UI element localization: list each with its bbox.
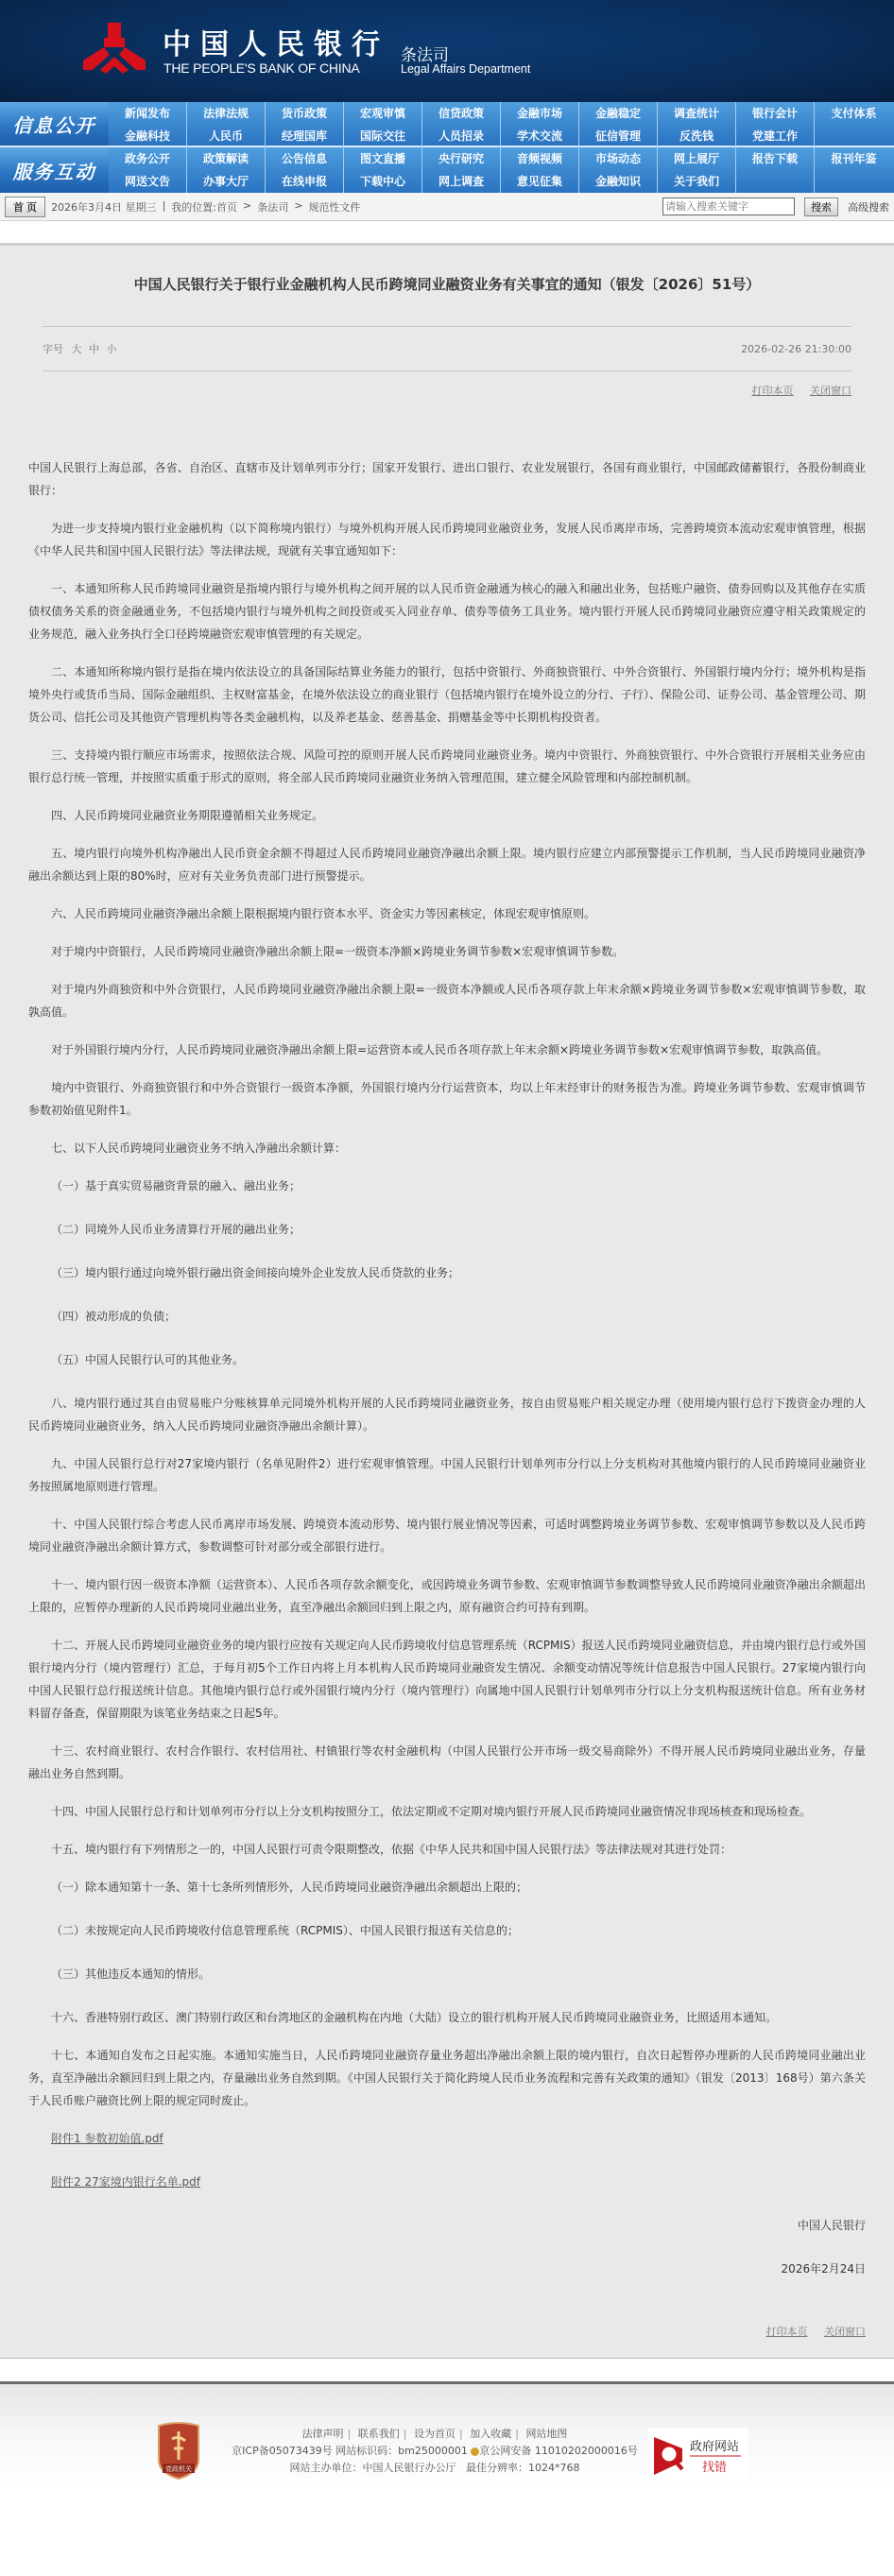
exclusion-item: （五）中国人民银行认可的其他业务。 [28, 1348, 866, 1371]
nav-item[interactable]: 银行会计 [736, 102, 815, 125]
paragraph: 十一、境内银行因一级资本净额（运营资本）、人民币各项存款余额变化，或因跨境业务调… [28, 1573, 866, 1619]
nav-item[interactable]: 国际交往 [344, 125, 422, 147]
icp-number[interactable]: 京ICP备05073439号 [232, 2445, 333, 2457]
exclusion-item: （二）同境外人民币业务清算行开展的融出业务； [28, 1218, 866, 1241]
page-title: 中国人民银行关于银行业金融机构人民币跨境同业融资业务有关事宜的通知（银发〔202… [28, 246, 866, 326]
close-window-link[interactable]: 关闭窗口 [824, 2326, 866, 2338]
site-footer: 党政机关 法律声明| 联系我们| 设为首页| 加入收藏| 网站地图 京ICP备0… [0, 2384, 894, 2488]
paragraph: 七、以下人民币跨境同业融资业务不纳入净融出余额计算： [28, 1137, 866, 1159]
resolution: 最佳分辨率：1024*768 [466, 2462, 580, 2474]
nav-item[interactable]: 央行研究 [422, 147, 501, 170]
paragraph: 十六、香港特别行政区、澳门特别行政区和台湾地区的金融机构在内地（大陆）设立的银行… [28, 2006, 866, 2029]
nav-item[interactable]: 政务公开 [109, 147, 187, 170]
paragraph: 五、境内银行向境外机构净融出人民币资金余额不得超过人民币跨境同业融资净融出余额上… [28, 842, 866, 887]
nav-item[interactable]: 人民币 [187, 125, 266, 147]
nav-group-label: 服务互动 [0, 147, 109, 193]
breadcrumb-sep: > [243, 199, 251, 215]
article-container: 中国人民银行关于银行业金融机构人民币跨境同业融资业务有关事宜的通知（银发〔202… [0, 246, 894, 2358]
print-page-link[interactable]: 打印本页 [766, 2326, 808, 2338]
close-window-link[interactable]: 关闭窗口 [810, 385, 851, 397]
nav-item[interactable]: 网上调查 [422, 170, 501, 193]
paragraph: 四、人民币跨境同业融资业务期限遵循相关业务规定。 [28, 804, 866, 827]
current-date: 2026年3月4日 星期三 [51, 199, 157, 215]
nav-item[interactable]: 办事大厅 [187, 170, 266, 193]
nav-item[interactable]: 报告下载 [736, 147, 815, 170]
font-size-large[interactable]: 大 [72, 343, 82, 355]
footer-links: 法律声明| 联系我们| 设为首页| 加入收藏| 网站地图 [227, 2426, 643, 2443]
penalty-item: （一）除本通知第十一条、第十七条所列情形外，人民币跨境同业融资净融出余额超出上限… [28, 1876, 866, 1898]
paragraph: 九、中国人民银行总行对27家境内银行（名单见附件2）进行宏观审慎管理。中国人民银… [28, 1452, 866, 1498]
paragraph: 十三、农村商业银行、农村合作银行、农村信用社、村镇银行等农村金融机构（中国人民银… [28, 1740, 866, 1785]
breadcrumb-department[interactable]: 条法司 [257, 199, 288, 215]
paragraph: 三、支持境内银行顺应市场需求，按照依法合规、风险可控的原则开展人民币跨境同业融资… [28, 744, 866, 789]
paragraph: 对于外国银行境内分行，人民币跨境同业融资净融出余额上限=运营资本或人民币各项存款… [28, 1039, 866, 1061]
home-button[interactable]: 首 页 [5, 197, 45, 217]
nav-item[interactable]: 意见征集 [501, 170, 579, 193]
registration-info: 京ICP备05073439号 网站标识码：bm25000001 京公网安备 11… [227, 2443, 643, 2460]
nav-item[interactable]: 下载中心 [344, 170, 422, 193]
nav-item-empty [815, 170, 893, 193]
advanced-search-link[interactable]: 高级搜索 [848, 199, 889, 215]
nav-item[interactable]: 金融科技 [109, 125, 187, 147]
party-government-badge-icon[interactable]: 党政机关 [155, 2422, 202, 2481]
spacer [0, 221, 894, 246]
nav-group-service-interaction: 服务互动 政务公开 政策解读 公告信息 图文直播 央行研究 音频视频 市场动态 … [0, 147, 894, 193]
nav-item[interactable]: 图文直播 [344, 147, 422, 170]
nav-item[interactable]: 政策解读 [187, 147, 266, 170]
font-size-label: 字号 [43, 343, 63, 355]
paragraph: 对于境内外商独资和中外合资银行，人民币跨境同业融资净融出余额上限=一级资本净额或… [28, 978, 866, 1023]
gov-site-error-report-button[interactable]: 政府网站 找错 [648, 2428, 748, 2482]
svg-text:政府网站: 政府网站 [690, 2439, 739, 2454]
attachment-link-1[interactable]: 附件1 参数初始值.pdf [51, 2132, 163, 2145]
nav-item[interactable]: 报刊年鉴 [815, 147, 893, 170]
breadcrumb-home[interactable]: 我的位置:首页 [171, 199, 237, 215]
paragraph: 对于境内中资银行，人民币跨境同业融资净融出余额上限=一级资本净额×跨境业务调节参… [28, 940, 866, 963]
nav-item-empty [736, 170, 815, 193]
published-timestamp: 2026-02-26 21:30:00 [741, 343, 851, 355]
separator: | [163, 199, 166, 215]
nav-item[interactable]: 金融市场 [501, 102, 579, 125]
magnifier-icon: 政府网站 找错 [648, 2428, 748, 2482]
sign-date: 2026年2月24日 [28, 2258, 866, 2280]
nav-item[interactable]: 调查统计 [658, 102, 736, 125]
font-size-selector: 字号 大 中 小 [43, 341, 121, 356]
attachment-item: 附件1 参数初始值.pdf [28, 2127, 866, 2150]
article-body: 中国人民银行上海总部，各省、自治区、直辖市及计划单列市分行；国家开发银行、进出口… [28, 398, 866, 2280]
site-header: 中国人民银行 THE PEOPLE'S BANK OF CHINA 条法司 Le… [0, 0, 894, 102]
nav-group-info-disclosure: 信息公开 新闻发布 法律法规 货币政策 宏观审慎 信贷政策 金融市场 金融稳定 … [0, 102, 894, 147]
search-button[interactable]: 搜索 [804, 197, 838, 216]
nav-item[interactable]: 党建工作 [736, 125, 815, 147]
sponsor: 网站主办单位：中国人民银行办公厅 [290, 2462, 456, 2474]
exclusion-item: （三）境内银行通过向境外银行融出资金间接向境外企业发放人民币贷款的业务； [28, 1262, 866, 1284]
nav-item[interactable]: 信贷政策 [422, 102, 501, 125]
svg-text:找错: 找错 [702, 2460, 727, 2475]
sponsor-info: 网站主办单位：中国人民银行办公厅 最佳分辨率：1024*768 [227, 2460, 643, 2477]
divider [0, 2358, 894, 2384]
contact-us-link[interactable]: 联系我们 [358, 2428, 400, 2440]
addressee: 中国人民银行上海总部，各省、自治区、直辖市及计划单列市分行；国家开发银行、进出口… [28, 456, 866, 502]
sitemap-link[interactable]: 网站地图 [525, 2428, 567, 2440]
paragraph: 八、境内银行通过其自由贸易账户分账核算单元同境外机构开展的人民币跨境同业融资业务… [28, 1392, 866, 1437]
bank-name-cn: 中国人民银行 [163, 21, 389, 62]
pboc-emblem-icon [81, 21, 147, 76]
set-homepage-link[interactable]: 设为首页 [414, 2428, 456, 2440]
paragraph: 十五、境内银行有下列情形之一的，中国人民银行可责令限期整改，依据《中华人民共和国… [28, 1838, 866, 1861]
nav-item[interactable]: 网送文告 [109, 170, 187, 193]
breadcrumb-sep: > [294, 199, 302, 215]
nav-item[interactable]: 反洗钱 [658, 125, 736, 147]
paragraph: 二、本通知所称境内银行是指在境内依法设立的具备国际结算业务能力的银行，包括中资银… [28, 661, 866, 729]
nav-item[interactable]: 人员招录 [422, 125, 501, 147]
legal-notice-link[interactable]: 法律声明 [302, 2428, 344, 2440]
font-size-medium[interactable]: 中 [89, 343, 99, 355]
nav-item[interactable]: 金融知识 [579, 170, 658, 193]
police-record[interactable]: 京公网安备 11010202000016号 [479, 2445, 637, 2457]
nav-item[interactable]: 音频视频 [501, 147, 579, 170]
article-meta: 字号 大 中 小 2026-02-26 21:30:00 [43, 326, 851, 371]
article-actions-top: 打印本页 关闭窗口 [28, 371, 866, 398]
signatory: 中国人民银行 [28, 2214, 866, 2237]
print-page-link[interactable]: 打印本页 [752, 385, 794, 397]
paragraph: 一、本通知所称人民币跨境同业融资是指境内银行与境外机构之间开展的以人民币资金融通… [28, 577, 866, 645]
font-size-small[interactable]: 小 [107, 343, 117, 355]
nav-item[interactable]: 货币政策 [266, 102, 344, 125]
article-actions-bottom: 打印本页 关闭窗口 [28, 2301, 866, 2339]
breadcrumb-current[interactable]: 规范性文件 [308, 199, 360, 215]
search-input[interactable] [662, 197, 795, 215]
paragraph: 十二、开展人民币跨境同业融资业务的境内银行应按有关规定向人民币跨境收付信息管理系… [28, 1634, 866, 1725]
bank-name-en: THE PEOPLE'S BANK OF CHINA [163, 60, 360, 76]
toolbar: 首 页 2026年3月4日 星期三 | 我的位置:首页 > 条法司 > 规范性文… [0, 193, 894, 221]
attachment-item: 附件2 27家境内银行名单.pdf [28, 2171, 866, 2193]
paragraph: 十七、本通知自发布之日起实施。本通知实施当日，人民币跨境同业融资存量业务超出净融… [28, 2044, 866, 2112]
nav-item[interactable]: 市场动态 [579, 147, 658, 170]
exclusion-item: （一）基于真实贸易融资背景的融入、融出业务； [28, 1175, 866, 1197]
svg-text:党政机关: 党政机关 [165, 2464, 192, 2473]
attachment-link-2[interactable]: 附件2 27家境内银行名单.pdf [51, 2175, 200, 2189]
paragraph: 境内中资银行、外商独资银行和中外合资银行一级资本净额，外国银行境内分行运营资本，… [28, 1076, 866, 1122]
nav-item[interactable]: 公告信息 [266, 147, 344, 170]
nav-item[interactable]: 经理国库 [266, 125, 344, 147]
add-favorite-link[interactable]: 加入收藏 [470, 2428, 511, 2440]
site-code: 网站标识码：bm25000001 [335, 2445, 468, 2457]
nav-item[interactable]: 新闻发布 [109, 102, 187, 125]
nav-item[interactable]: 关于我们 [658, 170, 736, 193]
footer-info: 法律声明| 联系我们| 设为首页| 加入收藏| 网站地图 京ICP备050734… [227, 2426, 643, 2477]
nav-item[interactable]: 金融稳定 [579, 102, 658, 125]
nav-group-label: 信息公开 [0, 102, 109, 146]
penalty-item: （二）未按规定向人民币跨境收付信息管理系统（RCPMIS）、中国人民银行报送有关… [28, 1919, 866, 1942]
nav-item[interactable]: 征信管理 [579, 125, 658, 147]
paragraph: 十四、中国人民银行总行和计划单列市分行以上分支机构按照分工，依法定期或不定期对境… [28, 1800, 866, 1823]
penalty-item: （三）其他违反本通知的情形。 [28, 1963, 866, 1985]
nav-item[interactable]: 网上展厅 [658, 147, 736, 170]
nav-item-empty [815, 125, 893, 147]
nav-item[interactable]: 法律法规 [187, 102, 266, 125]
nav-item[interactable]: 支付体系 [815, 102, 893, 125]
paragraph: 六、人民币跨境同业融资净融出余额上限根据境内银行资本水平、资金实力等因素核定，体… [28, 902, 866, 925]
paragraph: 为进一步支持境内银行业金融机构（以下简称境内银行）与境外机构开展人民币跨境同业融… [28, 517, 866, 562]
exclusion-item: （四）被动形成的负债； [28, 1305, 866, 1328]
nav-item[interactable]: 宏观审慎 [344, 102, 422, 125]
breadcrumb: 2026年3月4日 星期三 | 我的位置:首页 > 条法司 > 规范性文件 [51, 199, 360, 215]
department-name-en: Legal Affairs Department [401, 62, 530, 76]
nav-item[interactable]: 学术交流 [501, 125, 579, 147]
paragraph: 十、中国人民银行综合考虑人民币离岸市场发展、跨境资本流动形势、境内银行展业情况等… [28, 1513, 866, 1558]
nav-item[interactable]: 在线申报 [266, 170, 344, 193]
main-nav: 信息公开 新闻发布 法律法规 货币政策 宏观审慎 信贷政策 金融市场 金融稳定 … [0, 102, 894, 193]
